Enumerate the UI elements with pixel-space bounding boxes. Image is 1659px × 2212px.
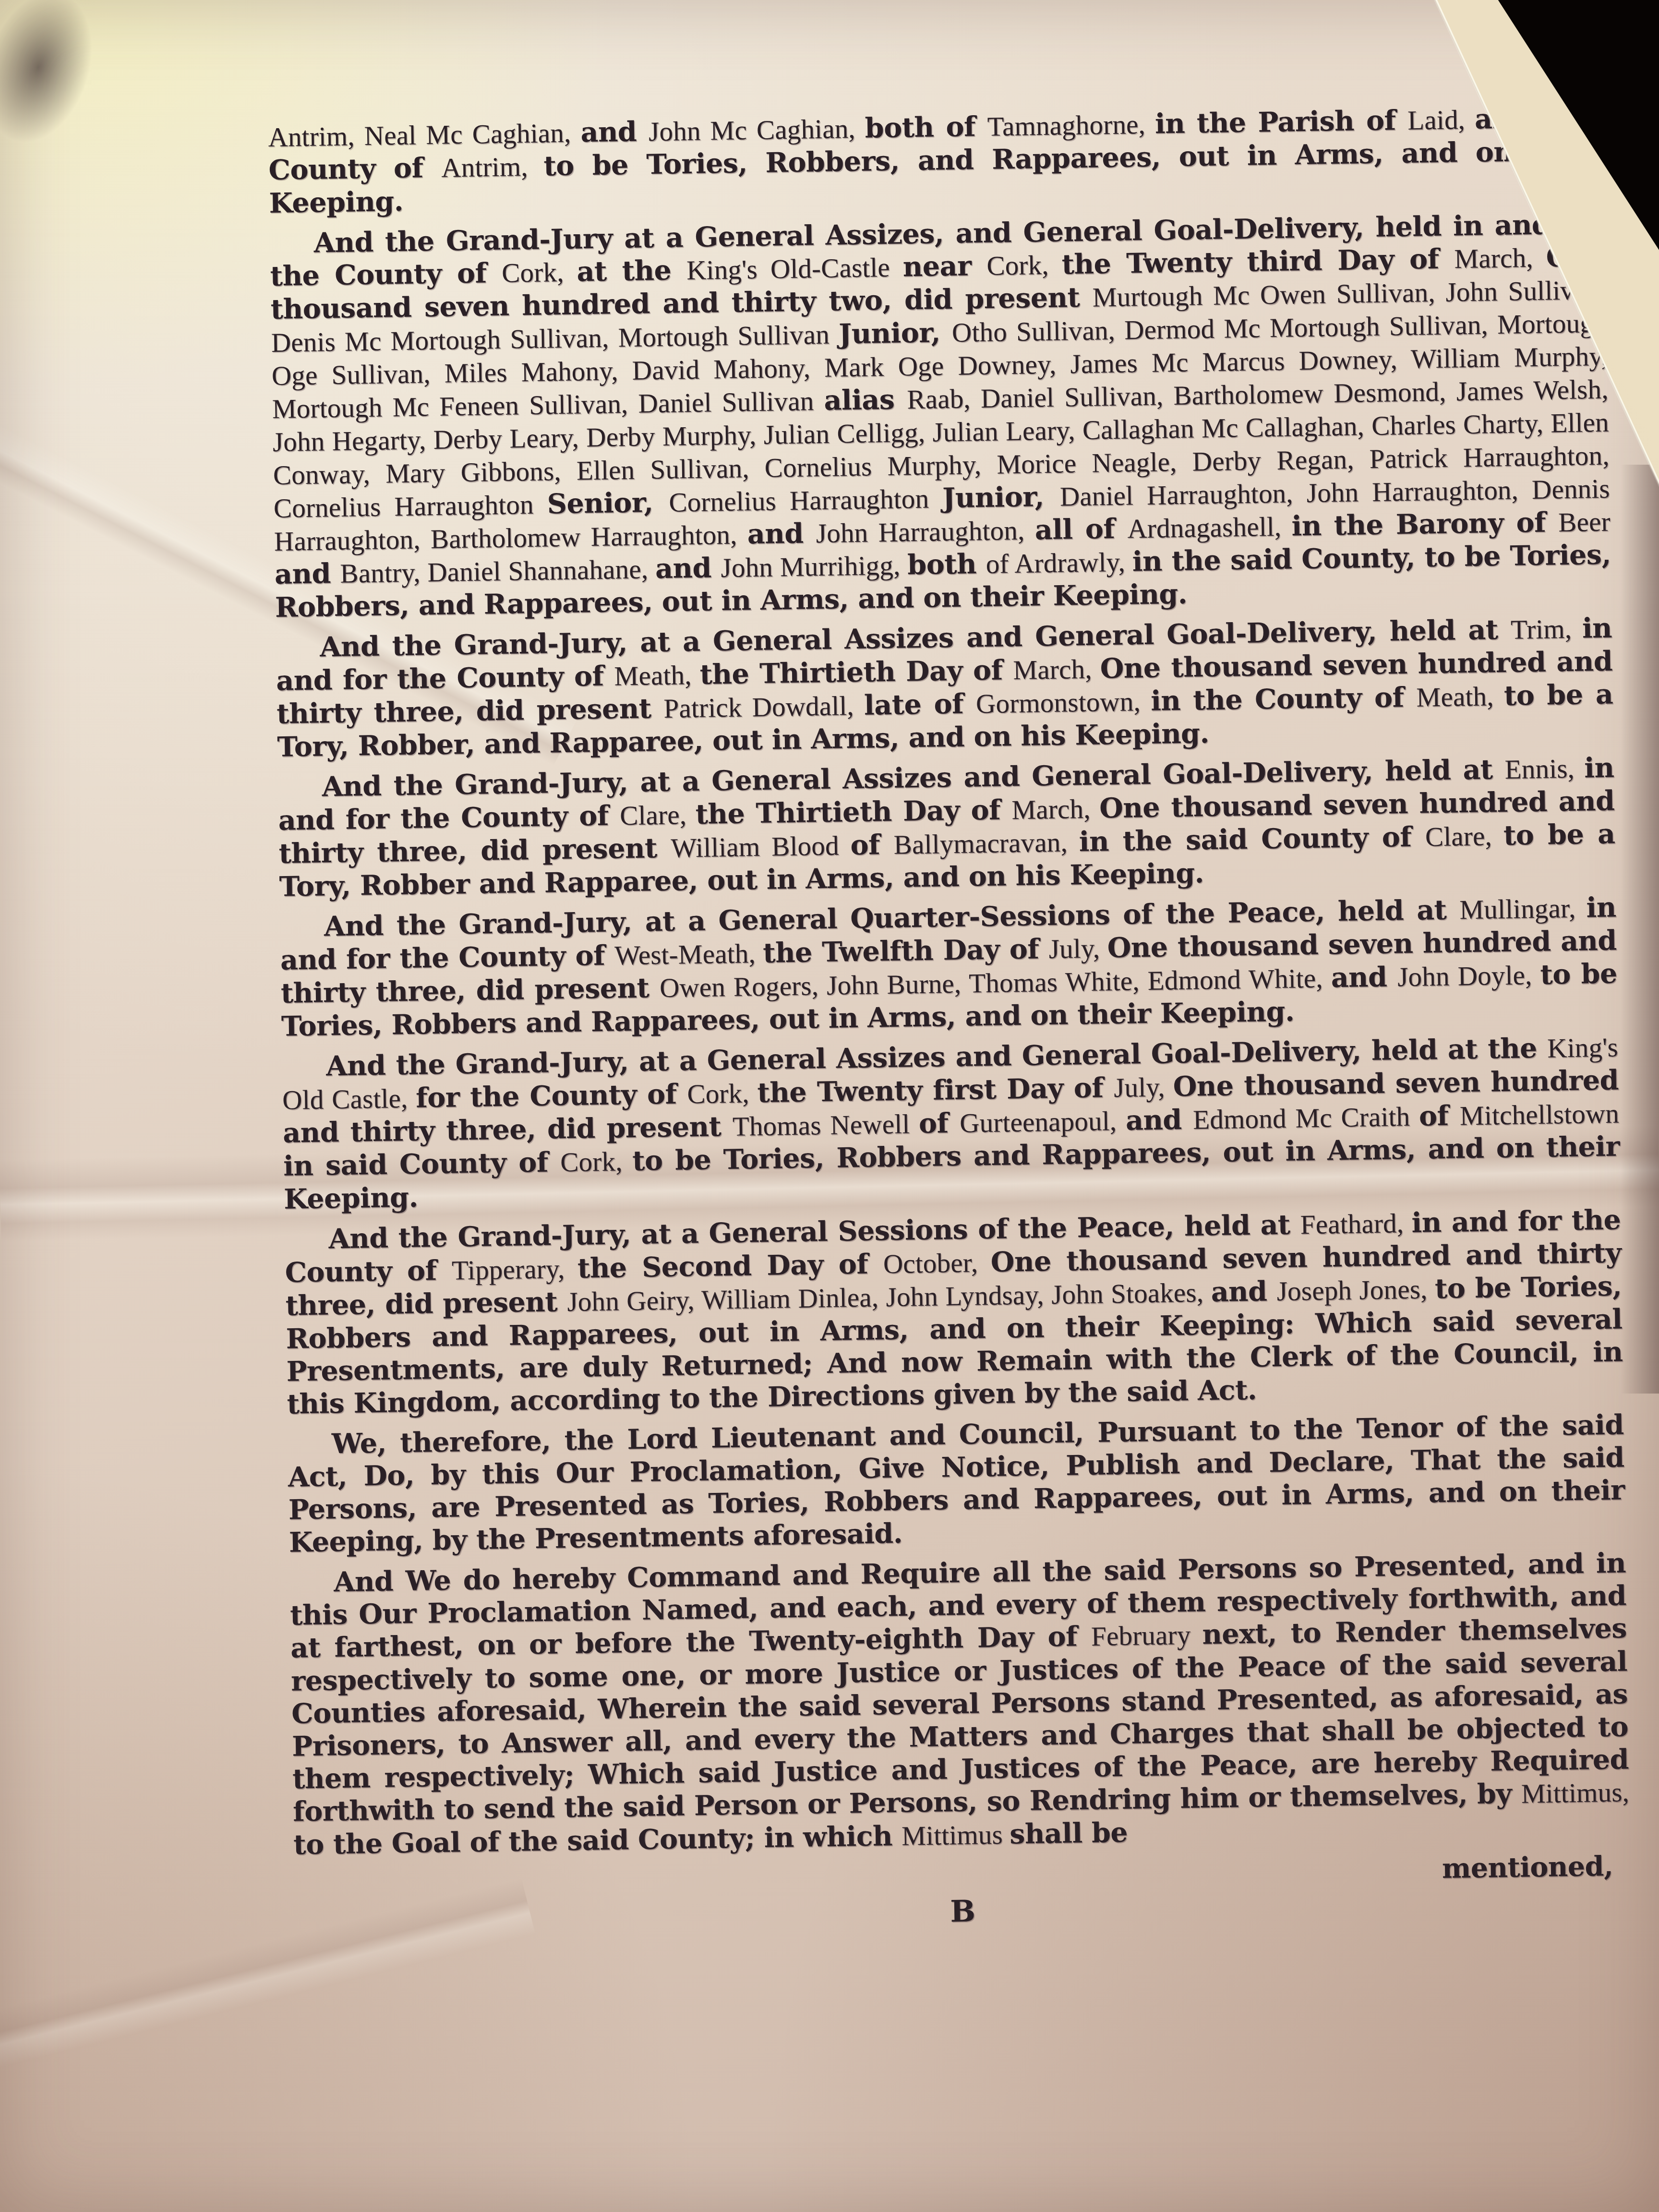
text-run-blackletter: the Thirtieth Day of <box>699 654 1013 691</box>
paper-sheet: Antrim, Neal Mc Caghian, and John Mc Cag… <box>0 0 1659 2212</box>
paragraph: And the Grand-Jury, at a General Session… <box>284 1203 1623 1420</box>
text-run-blackletter: and <box>747 517 816 550</box>
text-run-roman: October, <box>883 1248 991 1279</box>
text-run-blackletter: We, therefore, the Lord Lieutenant and C… <box>288 1408 1625 1558</box>
text-run-roman: Meath, <box>1416 681 1504 713</box>
text-run-roman: Trim, <box>1511 614 1583 645</box>
text-run-roman: Tamnaghorne, <box>987 109 1155 142</box>
paragraph: And the Grand-Jury at a General Assizes,… <box>269 208 1611 624</box>
text-run-blackletter: of <box>1419 1099 1460 1132</box>
text-run-blackletter: and <box>275 557 340 590</box>
text-run-blackletter: in the County of <box>1151 681 1417 717</box>
text-run-roman: Cork, <box>560 1146 633 1178</box>
text-run-roman: Cornelius Harraughton <box>669 483 943 517</box>
text-run-roman: Mittimus, <box>1521 1777 1629 1809</box>
text-run-blackletter: alias <box>824 383 907 417</box>
paragraph: And the Grand-Jury, at a General Assizes… <box>277 752 1616 903</box>
text-run-roman: John Murrihigg, <box>721 550 908 583</box>
text-run-roman: Joseph Jones, <box>1276 1274 1435 1307</box>
text-run-roman: Mitchellstown <box>1460 1098 1620 1131</box>
text-run-roman: John Harraughton, <box>816 515 1035 549</box>
text-run-blackletter: and <box>580 115 649 148</box>
text-run-blackletter: both <box>907 548 986 581</box>
text-run-roman: Beer <box>1558 507 1611 538</box>
text-run-roman: March, <box>1013 654 1100 685</box>
text-run-roman: Antrim, <box>441 151 544 183</box>
text-run-blackletter: in said County of <box>283 1146 561 1182</box>
text-run-blackletter: of <box>850 829 894 861</box>
catchword: mentioned, <box>1442 1850 1613 1885</box>
text-run-roman: John Doyle, <box>1397 960 1540 992</box>
text-run-blackletter: at the <box>577 254 687 288</box>
text-run-roman: July, <box>1114 1072 1173 1103</box>
text-run-roman: Patrick Dowdall, <box>663 691 864 724</box>
signature-mark: B <box>950 1894 975 1929</box>
paragraph: We, therefore, the Lord Lieutenant and C… <box>287 1408 1625 1559</box>
text-run-roman: Cork, <box>687 1078 757 1109</box>
text-run-blackletter: and <box>1211 1275 1277 1308</box>
text-run-roman: March, <box>1454 243 1546 275</box>
text-run-blackletter: in the said County of <box>1079 820 1425 858</box>
text-run-blackletter: and <box>1125 1104 1193 1137</box>
photo-background: { "meta": { "kind": "photograph of 18th-… <box>0 0 1659 2212</box>
paragraph: And We do hereby Command and Require all… <box>289 1547 1630 1862</box>
text-run-blackletter: Junior, <box>942 481 1060 515</box>
text-run-roman: John Mc Caghian, <box>649 114 866 147</box>
text-run-blackletter: of <box>918 1107 960 1140</box>
text-run-blackletter: the Second Day of <box>577 1248 884 1284</box>
text-run-blackletter: Senior, <box>547 486 669 520</box>
text-run-blackletter: Junior, <box>839 316 952 350</box>
paragraph: And the Grand-Jury, at a General Assizes… <box>282 1031 1621 1215</box>
paragraph: And the Grand-Jury, at a General Quarter… <box>279 891 1618 1043</box>
text-run-roman: March, <box>1011 793 1100 825</box>
text-run-roman: Ballymacravan, <box>893 827 1079 860</box>
text-run-blackletter: shall be <box>1010 1816 1128 1851</box>
text-run-blackletter: late of <box>864 687 976 721</box>
text-run-blackletter: in the Parish of <box>1155 104 1408 140</box>
text-run-blackletter: the Thirtieth Day of <box>695 793 1012 830</box>
text-run-roman: July, <box>1048 933 1107 964</box>
text-run-roman: Antrim, Neal Mc Caghian, <box>268 118 581 153</box>
text-run-roman: Cork, <box>502 257 577 288</box>
text-run-roman: Meath, <box>614 660 700 692</box>
document-text: Antrim, Neal Mc Caghian, and John Mc Cag… <box>268 101 1631 1938</box>
text-run-roman: Ennis, <box>1504 753 1584 784</box>
text-run-blackletter: the Twenty third Day of <box>1061 242 1455 280</box>
text-run-blackletter: and <box>1331 961 1398 994</box>
text-run-blackletter: all of <box>1034 513 1128 546</box>
text-run-blackletter: for the County of <box>416 1078 687 1114</box>
text-run-roman: Thomas Newell <box>732 1109 919 1142</box>
text-run-roman: of Ardrawly, <box>986 547 1132 579</box>
text-run-roman: Mullingar, <box>1459 893 1587 925</box>
paragraphs-container: Antrim, Neal Mc Caghian, and John Mc Cag… <box>268 101 1630 1862</box>
text-run-blackletter: in the Barony of <box>1291 506 1559 542</box>
text-run-roman: Mittimus <box>902 1819 1010 1851</box>
text-run-roman: Tipperary, <box>452 1254 578 1286</box>
text-run-roman: Feathard, <box>1300 1208 1412 1240</box>
text-run-roman: Clare, <box>1425 821 1504 852</box>
text-run-blackletter: the Twelfth Day of <box>763 933 1049 969</box>
text-run-roman: Gurteenapoul, <box>960 1106 1126 1139</box>
text-run-roman: Bantry, Daniel Shannahane, <box>340 554 656 589</box>
text-run-roman: Clare, <box>620 800 696 831</box>
text-run-roman: Laid, <box>1407 105 1475 136</box>
text-run-roman: February <box>1091 1620 1202 1651</box>
text-run-blackletter: and <box>655 552 721 585</box>
paragraph: Antrim, Neal Mc Caghian, and John Mc Cag… <box>268 101 1606 220</box>
text-run-blackletter: the Twenty first Day of <box>757 1071 1114 1109</box>
corner-smudge <box>0 0 141 194</box>
text-run-roman: Edmond Mc Craith <box>1193 1102 1419 1135</box>
text-run-roman: Cork, <box>986 250 1062 281</box>
text-run-roman: West-Meath, <box>614 938 763 971</box>
text-run-roman: King's Old-Castle <box>686 252 903 286</box>
text-run-blackletter: both of <box>865 110 987 144</box>
right-edge-shadow <box>1621 465 1659 1394</box>
paragraph: And the Grand-Jury, at a General Assizes… <box>276 612 1614 764</box>
text-run-blackletter: near <box>902 250 987 283</box>
text-run-roman: Ardnagashell, <box>1127 511 1292 544</box>
text-run-roman: William Blood <box>671 830 851 864</box>
text-run-roman: Gormonstown, <box>976 686 1151 719</box>
